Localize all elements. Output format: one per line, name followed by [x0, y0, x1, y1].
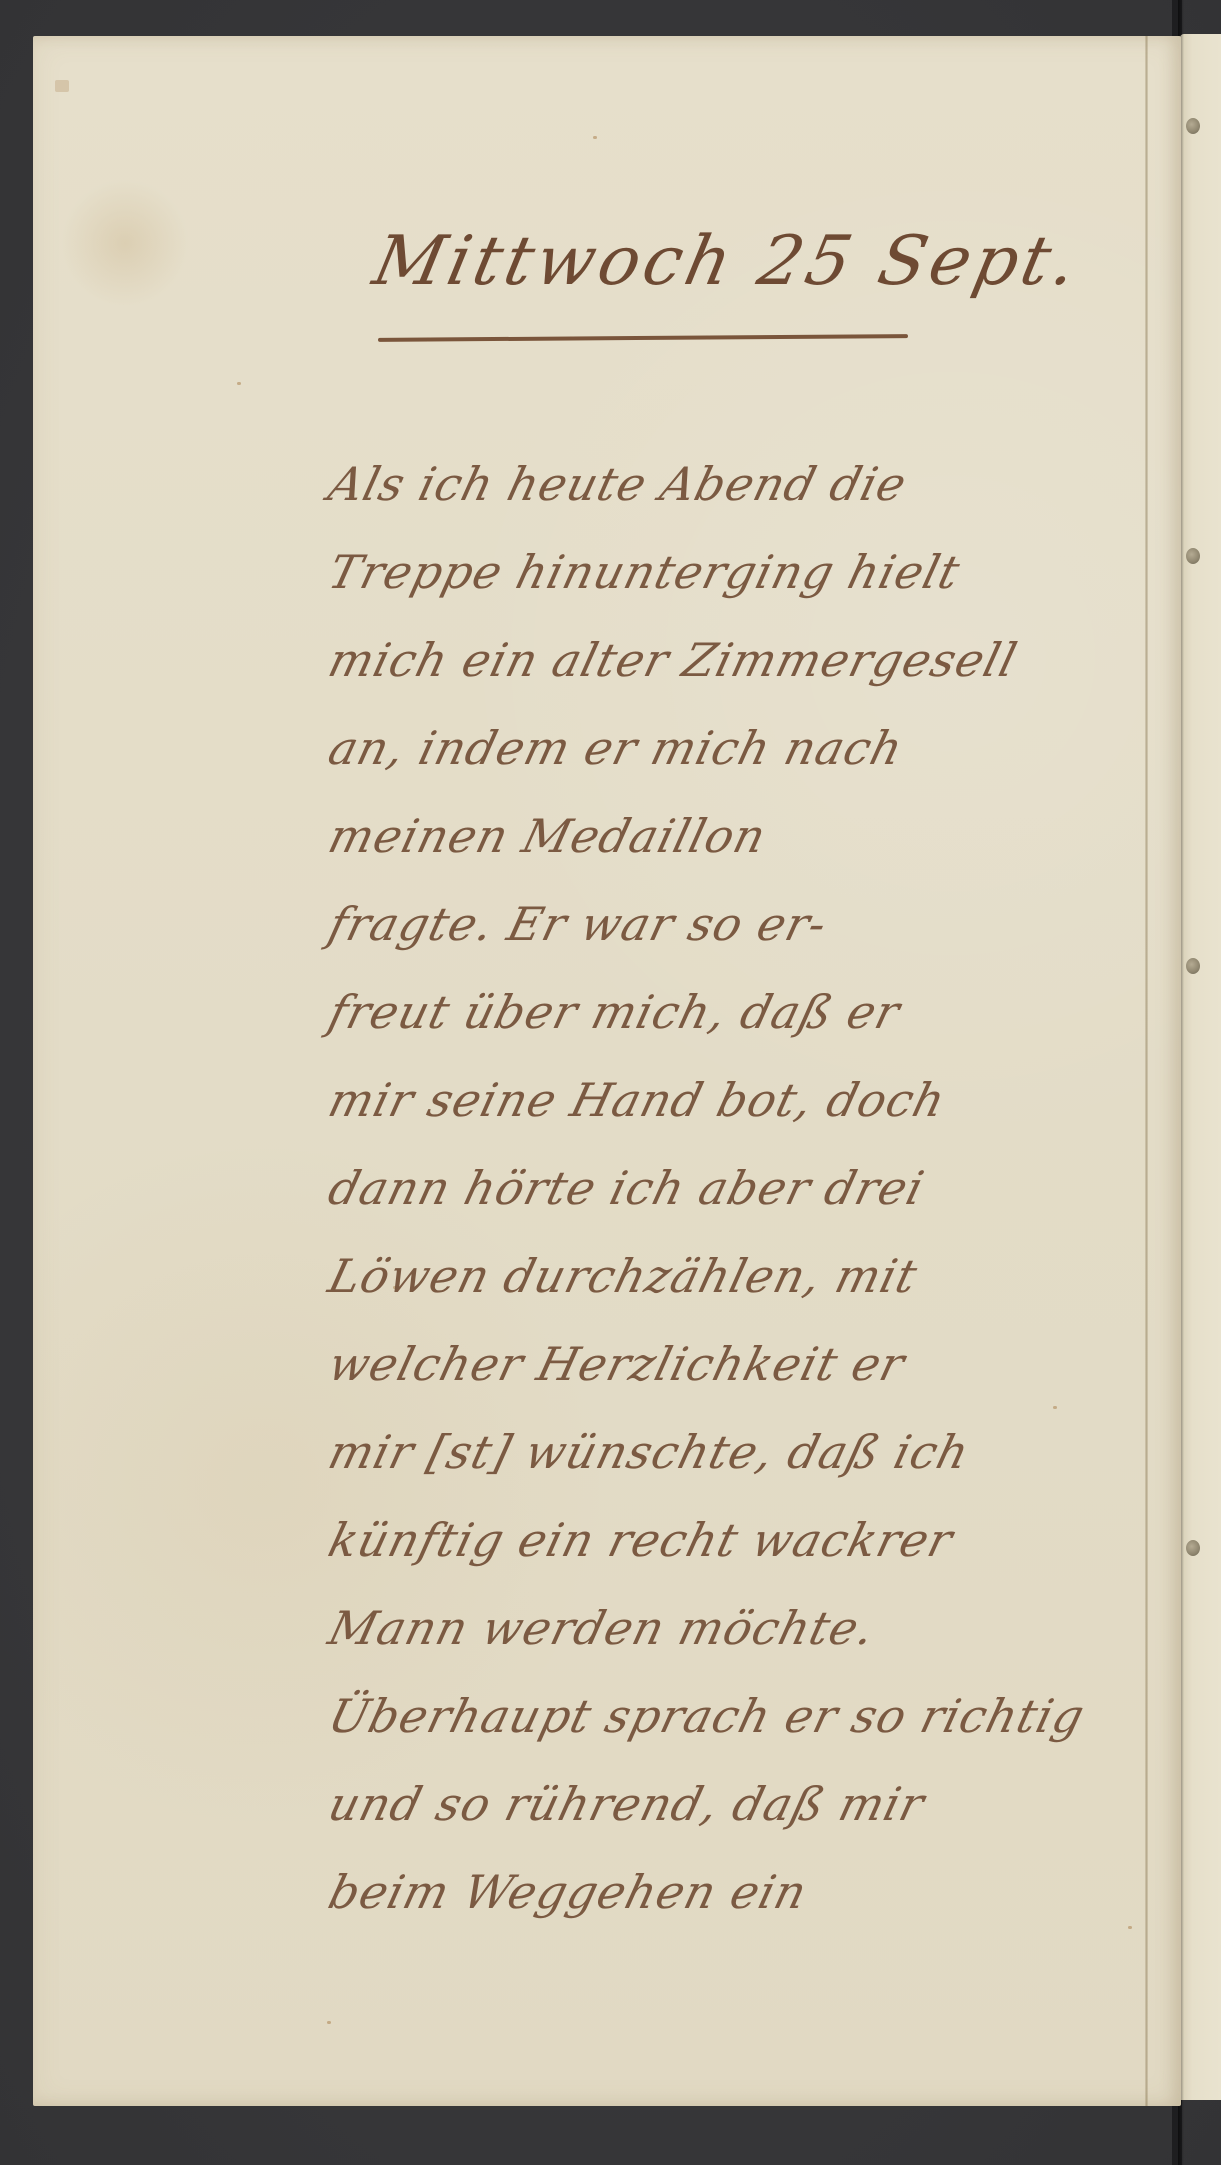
page-gutter-crease	[1145, 36, 1148, 2106]
text-line: beim Weggehen ein	[319, 1848, 1101, 1936]
binding-stitch-hole	[1186, 958, 1200, 974]
text-line: welcher Herzlichkeit er	[319, 1320, 1101, 1408]
text-line: künftig ein recht wackrer	[319, 1496, 1101, 1584]
binding-stitch-hole	[1186, 118, 1200, 134]
text-line: Treppe hinunterging hielt	[319, 528, 1101, 616]
text-line: meinen Medaillon	[319, 792, 1101, 880]
binding-stitch-hole	[1186, 1540, 1200, 1556]
text-line: an, indem er mich nach	[319, 704, 1101, 792]
text-line: mich ein alter Zimmergesell	[319, 616, 1101, 704]
text-line: Überhaupt sprach er so richtig	[319, 1672, 1101, 1760]
text-line: Löwen durchzählen, mit	[319, 1232, 1101, 1320]
text-line: Mann werden möchte.	[319, 1584, 1101, 1672]
entry-date-heading: Mittwoch 25 Sept.	[367, 222, 1088, 301]
binding-stitch-hole	[1186, 548, 1200, 564]
text-line: mir [st] wünschte, daß ich	[319, 1408, 1101, 1496]
text-line: dann hörte ich aber drei	[319, 1144, 1101, 1232]
text-line: freut über mich, daß er	[319, 968, 1101, 1056]
diary-entry-text: Als ich heute Abend die Treppe hinunterg…	[330, 440, 1090, 1936]
text-line: und so rührend, daß mir	[319, 1760, 1101, 1848]
adjacent-page-edge	[1180, 34, 1221, 2100]
text-line: fragte. Er war so er-	[319, 880, 1101, 968]
text-line: Als ich heute Abend die	[319, 440, 1101, 528]
text-line: mir seine Hand bot, doch	[319, 1056, 1101, 1144]
